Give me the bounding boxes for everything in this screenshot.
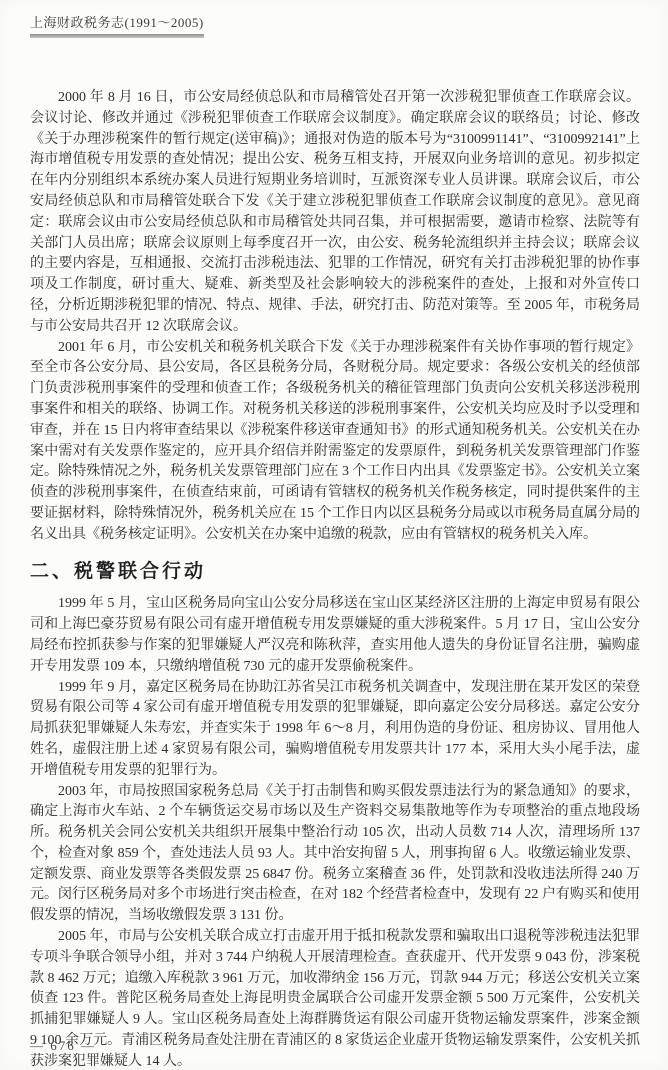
- body-paragraph: 2005 年，市局与公安机关联合成立打击虚开用于抵扣税款发票和骗取出口退税等涉税…: [30, 927, 640, 1070]
- header-rule: [30, 34, 204, 38]
- section-heading: 二、税警联合行动: [30, 562, 640, 583]
- body-paragraph: 2000 年 8 月 16 日，市公安局经侦总队和市局稽管处召开第一次涉税犯罪侦…: [30, 88, 640, 338]
- body-paragraph: 2001 年 6 月，市公安机关和税务机关联合下发《关于办理涉税案件有关协作事项…: [30, 338, 640, 546]
- page-body: 2000 年 8 月 16 日，市公安局经侦总队和市局稽管处召开第一次涉税犯罪侦…: [30, 88, 640, 1070]
- body-paragraph: 1999 年 9 月，嘉定区税务局在协助江苏省吴江市税务机关调查中，发现注册在某…: [30, 678, 640, 782]
- page-header: 上海财政税务志(1991～2005): [30, 12, 640, 38]
- running-head-title: 上海财政税务志(1991～2005): [30, 15, 204, 30]
- body-paragraph: 1999 年 5 月，宝山区税务局向宝山公安分局移送在宝山区某经济区注册的上海定…: [30, 594, 640, 677]
- book-page: 上海财政税务志(1991～2005) 2000 年 8 月 16 日，市公安局经…: [0, 0, 668, 1070]
- running-head: 上海财政税务志(1991～2005): [30, 12, 204, 38]
- page-number: — 676 —: [30, 1038, 96, 1053]
- page-footer: — 676 —: [30, 1038, 96, 1054]
- body-paragraph: 2003 年，市局按照国家税务总局《关于打击制售和购买假发票违法行为的紧急通知》…: [30, 782, 640, 928]
